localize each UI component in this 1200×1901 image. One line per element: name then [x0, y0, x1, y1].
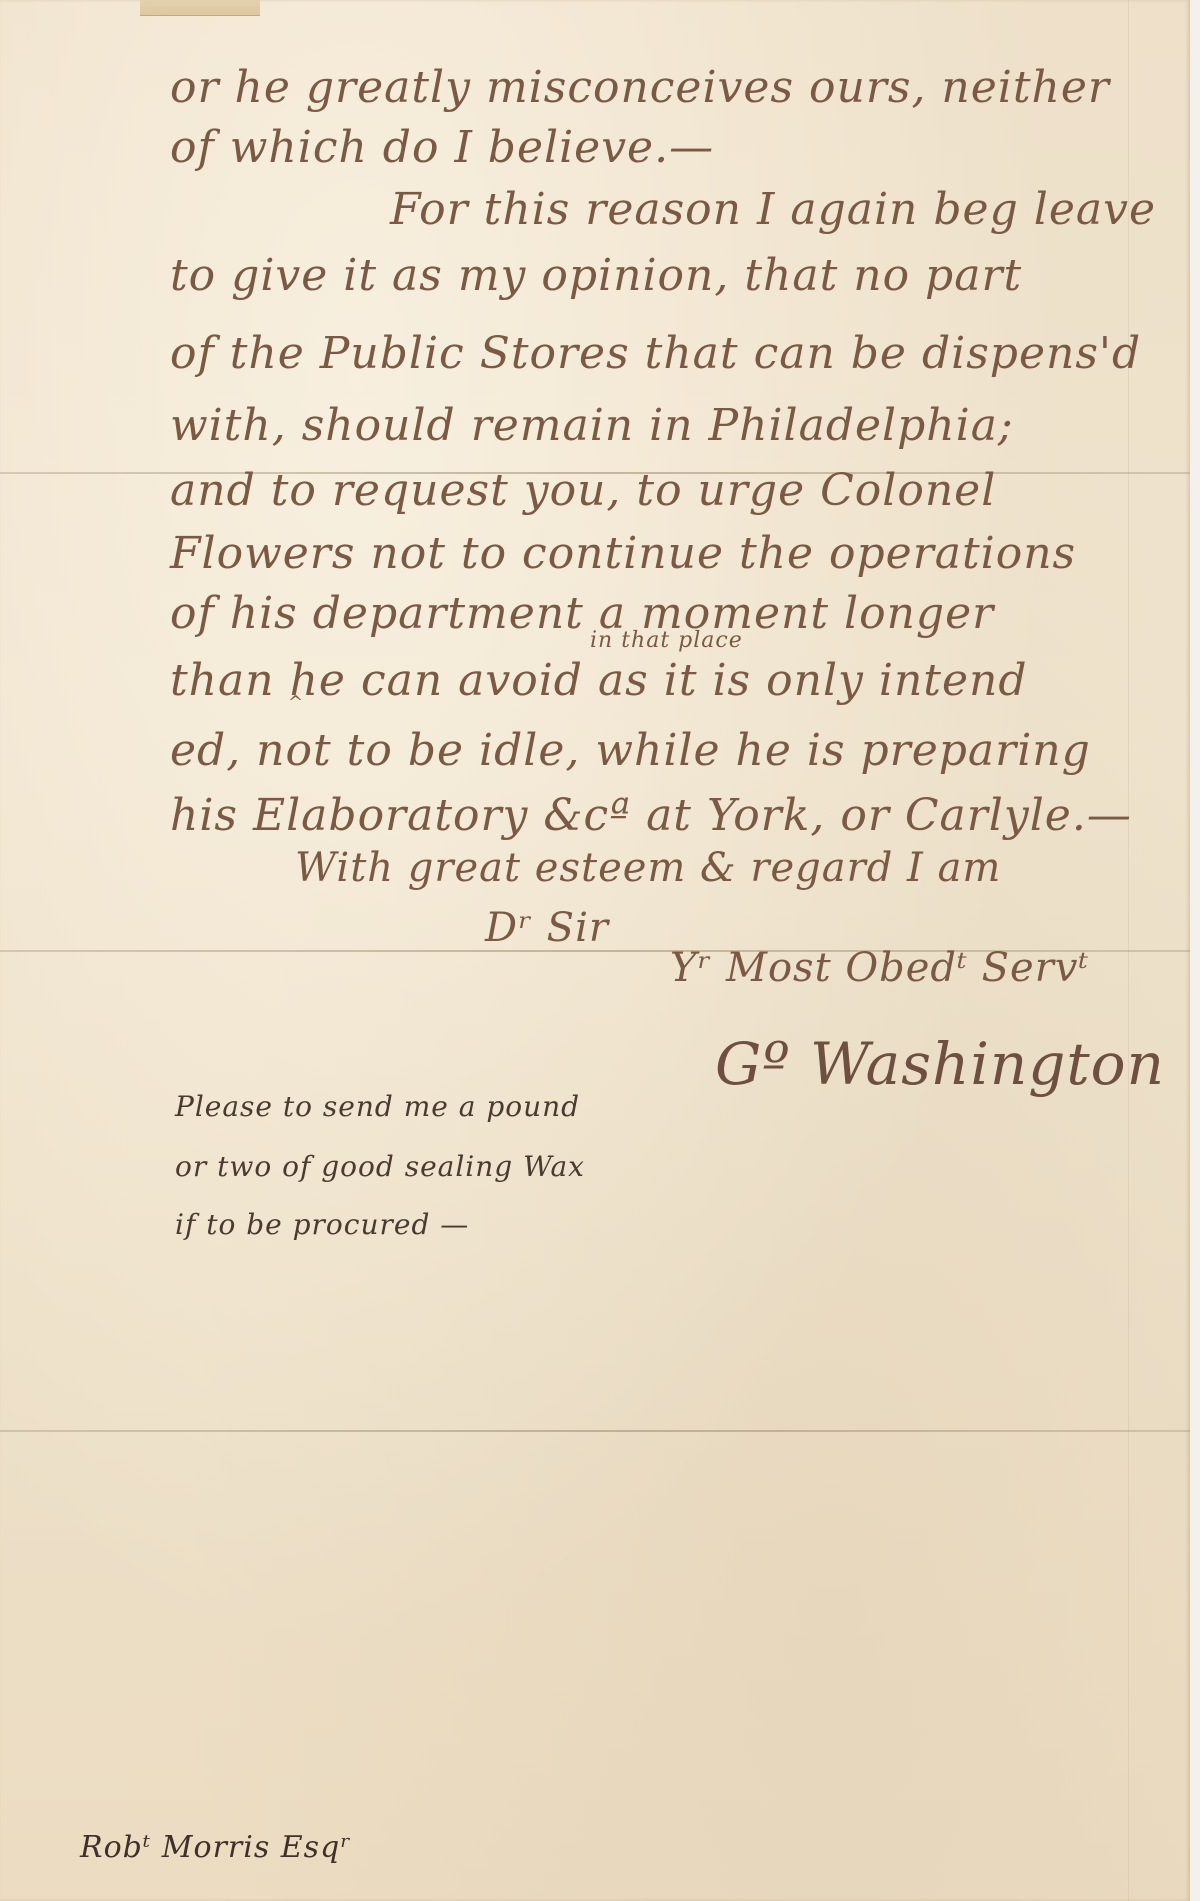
- postscript-line: if to be procured —: [175, 1208, 469, 1241]
- closing-line: With great esteem & regard I am: [295, 845, 1001, 891]
- tape-remnant: [140, 0, 260, 16]
- fold-line: [0, 1430, 1190, 1432]
- body-line: and to request you, to urge Colonel: [170, 465, 996, 516]
- body-line: to give it as my opinion, that no part: [170, 250, 1022, 301]
- body-line: of his department a moment longer: [170, 588, 994, 639]
- insertion-caret: ^: [288, 692, 304, 713]
- body-line: with, should remain in Philadelphia;: [170, 400, 1014, 451]
- letter-page: or he greatly misconceives ours, neither…: [0, 0, 1190, 1901]
- closing-line: Yʳ Most Obedᵗ Servᵗ: [670, 945, 1089, 991]
- signature: Gº Washington: [715, 1030, 1165, 1098]
- body-line: ed, not to be idle, while he is preparin…: [170, 725, 1091, 776]
- body-line: For this reason I again beg leave: [390, 184, 1156, 235]
- postscript-line: or two of good sealing Wax: [175, 1150, 585, 1183]
- postscript-line: Please to send me a pound: [175, 1090, 580, 1123]
- interlinear-insertion: in that place: [590, 628, 743, 653]
- address-line: Robᵗ Morris Esqʳ: [80, 1830, 352, 1865]
- body-line: his Elaboratory &cª at York, or Carlyle.…: [170, 790, 1132, 841]
- body-line: of which do I believe.—: [170, 122, 714, 173]
- body-line: Flowers not to continue the operations: [170, 528, 1076, 579]
- vertical-crease: [1128, 0, 1129, 1901]
- body-line: or he greatly misconceives ours, neither: [170, 62, 1110, 113]
- closing-salutation: Dʳ Sir: [485, 905, 609, 951]
- body-line: of the Public Stores that can be dispens…: [170, 328, 1141, 379]
